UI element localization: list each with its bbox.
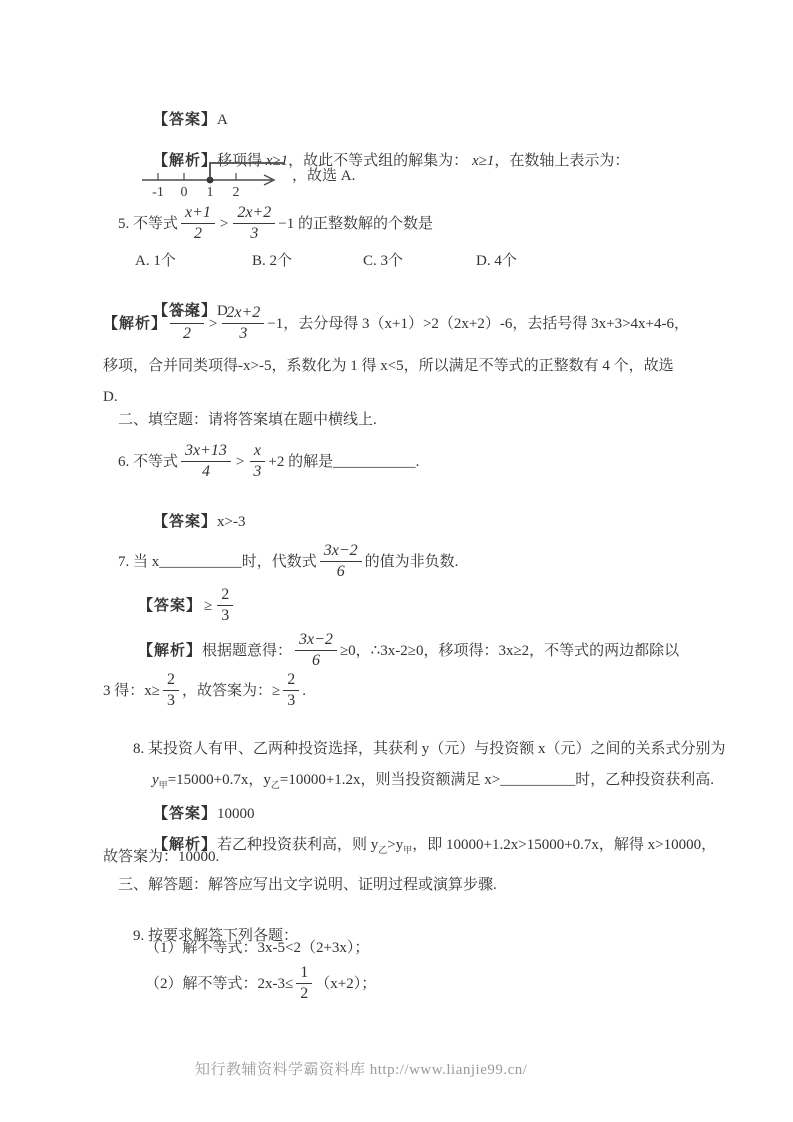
section-3-heading: 三、解答题：解答应写出文字说明、证明过程或演算步骤. — [118, 875, 497, 895]
q4-analysis-text-3: ，在数轴上表示为： — [494, 153, 629, 169]
q4-numberline-note: ，故选 A. — [292, 166, 355, 186]
q5-analysis-text: −1，去分母得 3（x+1）>2（2x+2）-6，去括号得 3x+3>4x+4-… — [267, 314, 689, 334]
number-line-figure: -1 0 1 2 — [140, 152, 292, 200]
section-2-heading: 二、填空题：请将答案填在题中横线上. — [118, 410, 377, 430]
q6-answer-value: x>-3 — [217, 514, 245, 530]
subscript-yi: 乙 — [378, 845, 387, 855]
tick-label: -1 — [152, 185, 164, 200]
option-b: B. 2个 — [252, 251, 292, 271]
q5-analysis-line-2: 移项，合并同类项得-x>-5，系数化为 1 得 x<5，所以满足不等式的正整数有… — [103, 356, 674, 376]
q4-math-2: x≥1 — [472, 153, 494, 169]
q7-text-post: 的值为非负数. — [365, 552, 459, 572]
q7-analysis-line-1: 【解析】根据题意得： 3x−26 ≥0，∴3x-2≥0，移项得：3x≥2，不等式… — [138, 630, 679, 671]
q6-text-pre: 不等式 — [133, 452, 178, 472]
q9-part-2: （2）解不等式：2x-3≤ 12 （x+2）； — [145, 963, 376, 1004]
subscript-yi: 乙 — [271, 780, 280, 790]
question-6: 6. 不等式 3x+134 > x3 +2 的解是___________. — [118, 441, 419, 482]
tick-label: 1 — [207, 185, 214, 200]
fraction: 23 — [217, 585, 233, 626]
fraction: x+12 — [170, 303, 204, 344]
fraction: 2x+23 — [222, 303, 264, 344]
fraction: 12 — [296, 963, 312, 1004]
q7-analysis-line-2: 3 得：x≥ 23 ，故答案为：≥ 23 . — [103, 670, 306, 711]
subscript-jia: 甲 — [403, 845, 412, 855]
fraction: x3 — [249, 441, 265, 482]
q4-answer-value: A — [217, 112, 228, 128]
analysis-label: 【解析】 — [103, 314, 167, 334]
answer-label: 【答案】 — [153, 112, 217, 128]
question-5: 5. 不等式 x+12 > 2x+23 −1 的正整数解的个数是 — [118, 203, 433, 244]
tick-label: 0 — [181, 185, 188, 200]
q8-analysis-line-2: 故答案为：10000. — [103, 847, 219, 867]
fraction: 3x+134 — [181, 441, 231, 482]
geq-sign: ≥ — [204, 596, 212, 616]
q5-analysis-line-1: 【解析】 x+12 > 2x+23 −1，去分母得 3（x+1）>2（2x+2）… — [103, 303, 689, 344]
answer-label: 【答案】 — [153, 514, 217, 530]
analysis-label: 【解析】 — [138, 641, 202, 661]
q8-analysis-line-1: 【解析】若乙种投资获利高，则 y乙>y甲，即 10000+1.2x>15000+… — [138, 815, 716, 880]
question-7: 7. 当 x___________时，代数式 3x−26 的值为非负数. — [118, 541, 458, 582]
solution-ray — [210, 163, 285, 180]
question-number: 7. — [118, 552, 133, 572]
option-c: C. 3个 — [363, 251, 403, 271]
question-number: 5. — [118, 214, 133, 234]
tick-label: 2 — [233, 185, 240, 200]
fraction: 3x−26 — [320, 541, 362, 582]
footer-watermark: 知行教辅资料学霸资料库 http://www.lianjie99.cn/ — [195, 1060, 527, 1080]
greater-than-sign: > — [220, 214, 228, 234]
fraction: 23 — [163, 670, 179, 711]
greater-than-sign: > — [209, 314, 217, 334]
answer-label: 【答案】 — [138, 596, 202, 616]
q5-options: A. 1个 B. 2个 C. 3个 D. 4个 — [0, 251, 793, 271]
fraction: 3x−26 — [295, 630, 337, 671]
fraction: 23 — [283, 670, 299, 711]
q6-text-post: +2 的解是___________. — [268, 452, 419, 472]
option-d: D. 4个 — [476, 251, 517, 271]
greater-than-sign: > — [236, 452, 244, 472]
fraction: 2x+23 — [233, 203, 275, 244]
q4-numberline-row: -1 0 1 2 ，故选 A. — [140, 152, 355, 200]
option-a: A. 1个 — [135, 251, 176, 271]
q7-text-pre: 当 x___________时，代数式 — [133, 552, 317, 572]
fraction: x+12 — [181, 203, 215, 244]
q7-answer-line: 【答案】≥ 23 — [138, 585, 236, 626]
q5-text-post: −1 的正整数解的个数是 — [278, 214, 433, 234]
q9-part-1: （1）解不等式：3x-5<2（2+3x）； — [145, 938, 369, 958]
q5-analysis-line-3: D. — [103, 387, 118, 407]
question-number: 6. — [118, 452, 133, 472]
q5-text-pre: 不等式 — [133, 214, 178, 234]
worksheet-page: 【答案】A 【解析】移项得 x≥1，故此不等式组的解集为： x≥1，在数轴上表示… — [0, 0, 793, 1122]
